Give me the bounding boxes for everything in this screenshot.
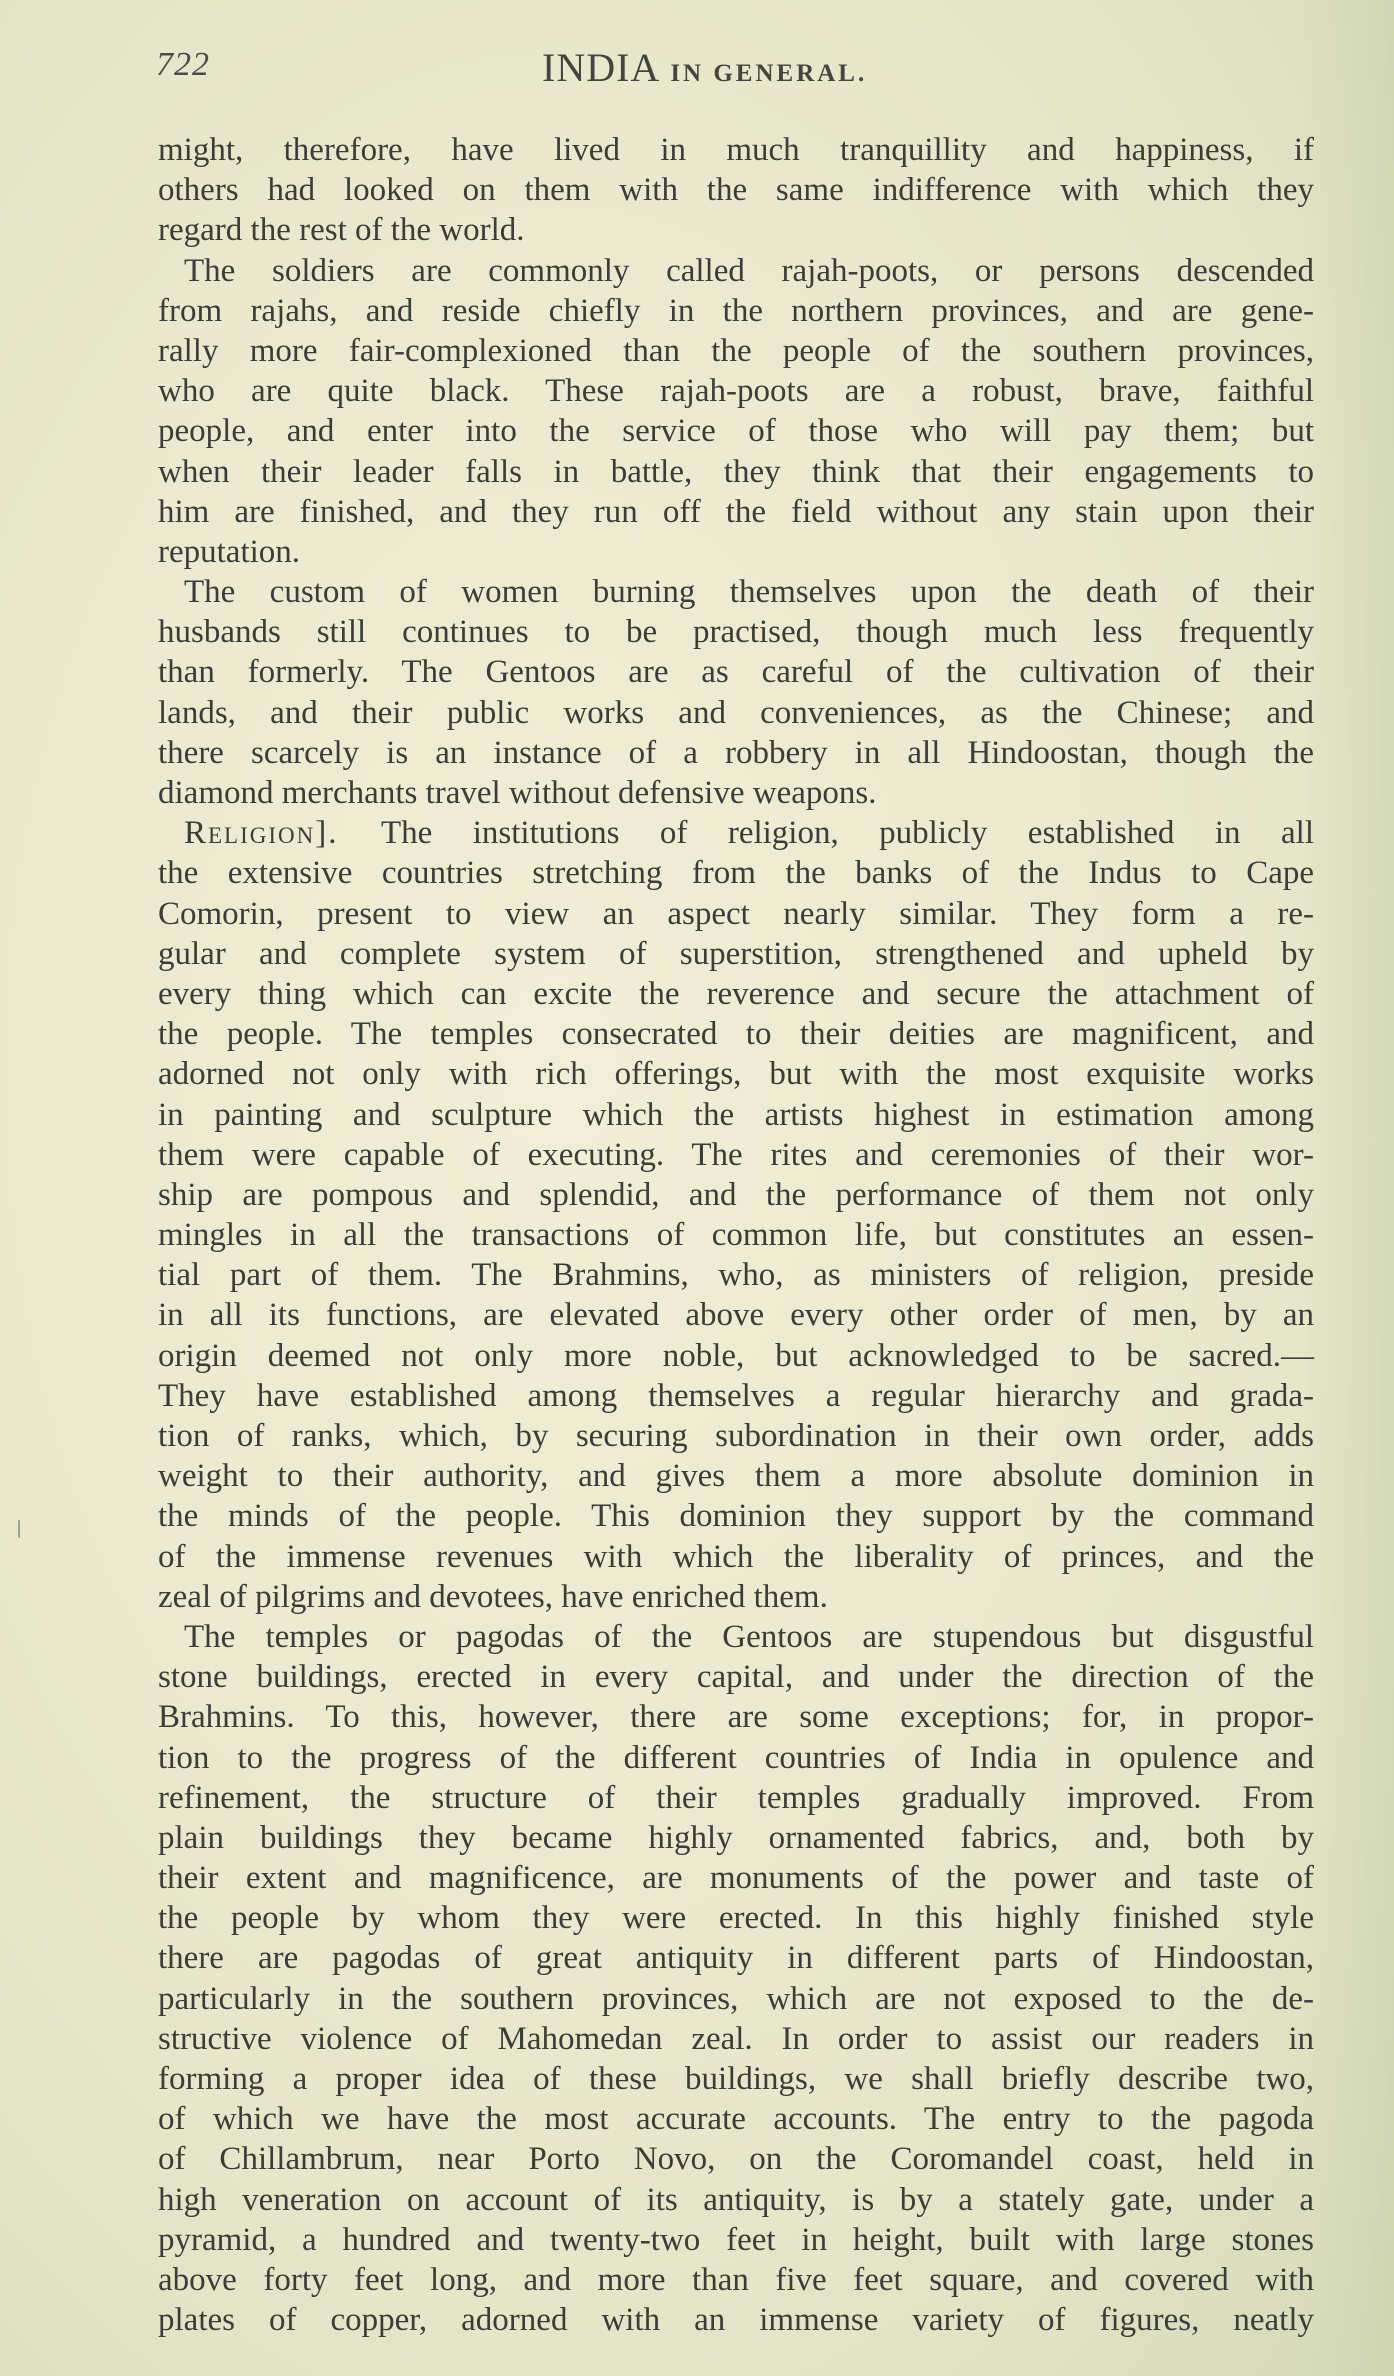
text-line: ship are pompous and splendid, and the p… [158, 1175, 1314, 1215]
line-text: structive violence of Mahomedan zeal. In… [158, 2021, 1314, 2057]
text-line: high veneration on account of its antiqu… [158, 2180, 1314, 2220]
line-text: might, therefore, have lived in much tra… [158, 132, 1314, 168]
text-line: adorned not only with rich offerings, bu… [158, 1054, 1314, 1094]
running-title-rest: IN GENERAL. [670, 60, 867, 87]
text-line: Religion]. The institutions of religion,… [158, 813, 1314, 853]
text-line: The soldiers are commonly called rajah-p… [158, 251, 1314, 291]
section-heading: Religion]. [184, 815, 381, 851]
line-text: of Chillambrum, near Porto Novo, on the … [158, 2141, 1314, 2177]
text-line: husbands still continues to be practised… [158, 612, 1314, 652]
line-text: particularly in the southern provinces, … [158, 1981, 1314, 2017]
text-line: refinement, the structure of their templ… [158, 1778, 1314, 1818]
text-line: there scarcely is an instance of a robbe… [158, 733, 1314, 773]
text-line: them were capable of executing. The rite… [158, 1135, 1314, 1175]
text-line: tion of ranks, which, by securing subord… [158, 1416, 1314, 1456]
line-text: pyramid, a hundred and twenty-two feet i… [158, 2222, 1314, 2258]
line-text: zeal of pilgrims and devotees, have enri… [158, 1579, 828, 1615]
line-text: people, and enter into the service of th… [158, 413, 1314, 449]
line-text: their extent and magnificence, are monum… [158, 1860, 1314, 1896]
line-text: forming a proper idea of these buildings… [158, 2061, 1314, 2097]
line-text: They have established among themselves a… [158, 1378, 1314, 1414]
line-text: husbands still continues to be practised… [158, 614, 1314, 650]
text-line: there are pagodas of great antiquity in … [158, 1938, 1314, 1978]
text-line: than formerly. The Gentoos are as carefu… [158, 652, 1314, 692]
text-line: Comorin, present to view an aspect nearl… [158, 894, 1314, 934]
text-line: plain buildings they became highly ornam… [158, 1818, 1314, 1858]
line-text: plain buildings they became highly ornam… [158, 1820, 1314, 1856]
text-line: forming a proper idea of these buildings… [158, 2059, 1314, 2099]
text-line: Brahmins. To this, however, there are so… [158, 1697, 1314, 1737]
text-line: when their leader falls in battle, they … [158, 452, 1314, 492]
text-line: above forty feet long, and more than fiv… [158, 2260, 1314, 2300]
page-edge-shading [1304, 0, 1394, 2376]
line-text: the extensive countries stretching from … [158, 855, 1314, 891]
text-line: of Chillambrum, near Porto Novo, on the … [158, 2139, 1314, 2179]
line-text: there are pagodas of great antiquity in … [158, 1940, 1314, 1976]
line-text: ship are pompous and splendid, and the p… [158, 1177, 1314, 1213]
text-line: The temples or pagodas of the Gentoos ar… [158, 1617, 1314, 1657]
line-text: above forty feet long, and more than fiv… [158, 2262, 1314, 2298]
line-text: gular and complete system of superstitio… [158, 936, 1314, 972]
line-text: them were capable of executing. The rite… [158, 1137, 1314, 1173]
line-text: than formerly. The Gentoos are as carefu… [158, 654, 1314, 690]
text-line: the people. The temples consecrated to t… [158, 1014, 1314, 1054]
line-text: diamond merchants travel without defensi… [158, 775, 876, 811]
text-line: of which we have the most accurate accou… [158, 2099, 1314, 2139]
text-line: plates of copper, adorned with an immens… [158, 2300, 1314, 2340]
text-line: zeal of pilgrims and devotees, have enri… [158, 1577, 1314, 1617]
text-line: They have established among themselves a… [158, 1376, 1314, 1416]
running-title-main: INDIA [542, 45, 660, 90]
line-text: weight to their authority, and gives the… [158, 1458, 1314, 1494]
line-text: refinement, the structure of their templ… [158, 1780, 1314, 1816]
text-line: reputation. [158, 532, 1314, 572]
text-line: him are finished, and they run off the f… [158, 492, 1314, 532]
line-text: The soldiers are commonly called rajah-p… [184, 253, 1314, 289]
line-text: The temples or pagodas of the Gentoos ar… [184, 1619, 1314, 1655]
line-text: reputation. [158, 534, 300, 570]
line-text: mingles in all the transactions of commo… [158, 1217, 1314, 1253]
page-number: 722 [156, 46, 210, 84]
line-text: others had looked on them with the same … [158, 172, 1314, 208]
line-text: of the immense revenues with which the l… [158, 1539, 1314, 1575]
line-text: plates of copper, adorned with an immens… [158, 2302, 1314, 2338]
line-text: stone buildings, erected in every capita… [158, 1659, 1314, 1695]
line-text: The custom of women burning themselves u… [184, 574, 1314, 610]
text-line: of the immense revenues with which the l… [158, 1537, 1314, 1577]
line-text: in all its functions, are elevated above… [158, 1297, 1314, 1333]
text-line: regard the rest of the world. [158, 210, 1314, 250]
line-text: adorned not only with rich offerings, bu… [158, 1056, 1314, 1092]
line-text: Comorin, present to view an aspect nearl… [158, 896, 1314, 932]
text-line: from rajahs, and reside chiefly in the n… [158, 291, 1314, 331]
text-line: weight to their authority, and gives the… [158, 1456, 1314, 1496]
text-line: origin deemed not only more noble, but a… [158, 1336, 1314, 1376]
line-text: every thing which can excite the reveren… [158, 976, 1314, 1012]
running-head: 722 INDIAIN GENERAL. [152, 44, 1312, 94]
text-line: in painting and sculpture which the arti… [158, 1095, 1314, 1135]
line-text: from rajahs, and reside chiefly in the n… [158, 293, 1314, 329]
line-text: high veneration on account of its antiqu… [158, 2182, 1314, 2218]
line-text: regard the rest of the world. [158, 212, 525, 248]
body-text: might, therefore, have lived in much tra… [158, 130, 1314, 2340]
line-text: origin deemed not only more noble, but a… [158, 1338, 1314, 1374]
line-text: in painting and sculpture which the arti… [158, 1097, 1314, 1133]
stray-mark [18, 1520, 20, 1538]
line-text: the people. The temples consecrated to t… [158, 1016, 1314, 1052]
text-line: particularly in the southern provinces, … [158, 1979, 1314, 2019]
text-line: gular and complete system of superstitio… [158, 934, 1314, 974]
text-line: might, therefore, have lived in much tra… [158, 130, 1314, 170]
text-line: tion to the progress of the different co… [158, 1738, 1314, 1778]
text-line: lands, and their public works and conven… [158, 693, 1314, 733]
text-line: rally more fair-complexioned than the pe… [158, 331, 1314, 371]
text-line: who are quite black. These rajah-poots a… [158, 371, 1314, 411]
text-line: others had looked on them with the same … [158, 170, 1314, 210]
line-text: Brahmins. To this, however, there are so… [158, 1699, 1314, 1735]
running-title: INDIAIN GENERAL. [542, 44, 867, 91]
text-line: every thing which can excite the reveren… [158, 974, 1314, 1014]
text-line: the minds of the people. This dominion t… [158, 1496, 1314, 1536]
text-line: mingles in all the transactions of commo… [158, 1215, 1314, 1255]
book-page: 722 INDIAIN GENERAL. might, therefore, h… [0, 0, 1394, 2376]
text-line: the extensive countries stretching from … [158, 853, 1314, 893]
line-text: of which we have the most accurate accou… [158, 2101, 1314, 2137]
line-text: when their leader falls in battle, they … [158, 454, 1314, 490]
line-text: The institutions of religion, publicly e… [381, 815, 1314, 851]
text-line: people, and enter into the service of th… [158, 411, 1314, 451]
text-line: stone buildings, erected in every capita… [158, 1657, 1314, 1697]
text-line: the people by whom they were erected. In… [158, 1898, 1314, 1938]
line-text: tion to the progress of the different co… [158, 1740, 1314, 1776]
line-text: the people by whom they were erected. In… [158, 1900, 1314, 1936]
line-text: the minds of the people. This dominion t… [158, 1498, 1314, 1534]
text-line: pyramid, a hundred and twenty-two feet i… [158, 2220, 1314, 2260]
text-line: tial part of them. The Brahmins, who, as… [158, 1255, 1314, 1295]
text-line: their extent and magnificence, are monum… [158, 1858, 1314, 1898]
line-text: lands, and their public works and conven… [158, 695, 1314, 731]
text-line: The custom of women burning themselves u… [158, 572, 1314, 612]
line-text: rally more fair-complexioned than the pe… [158, 333, 1314, 369]
line-text: who are quite black. These rajah-poots a… [158, 373, 1314, 409]
line-text: tion of ranks, which, by securing subord… [158, 1418, 1314, 1454]
text-line: structive violence of Mahomedan zeal. In… [158, 2019, 1314, 2059]
line-text: tial part of them. The Brahmins, who, as… [158, 1257, 1314, 1293]
line-text: there scarcely is an instance of a robbe… [158, 735, 1314, 771]
text-line: diamond merchants travel without defensi… [158, 773, 1314, 813]
margin-offset-marks [108, 1480, 148, 1670]
text-line: in all its functions, are elevated above… [158, 1295, 1314, 1335]
line-text: him are finished, and they run off the f… [158, 494, 1314, 530]
